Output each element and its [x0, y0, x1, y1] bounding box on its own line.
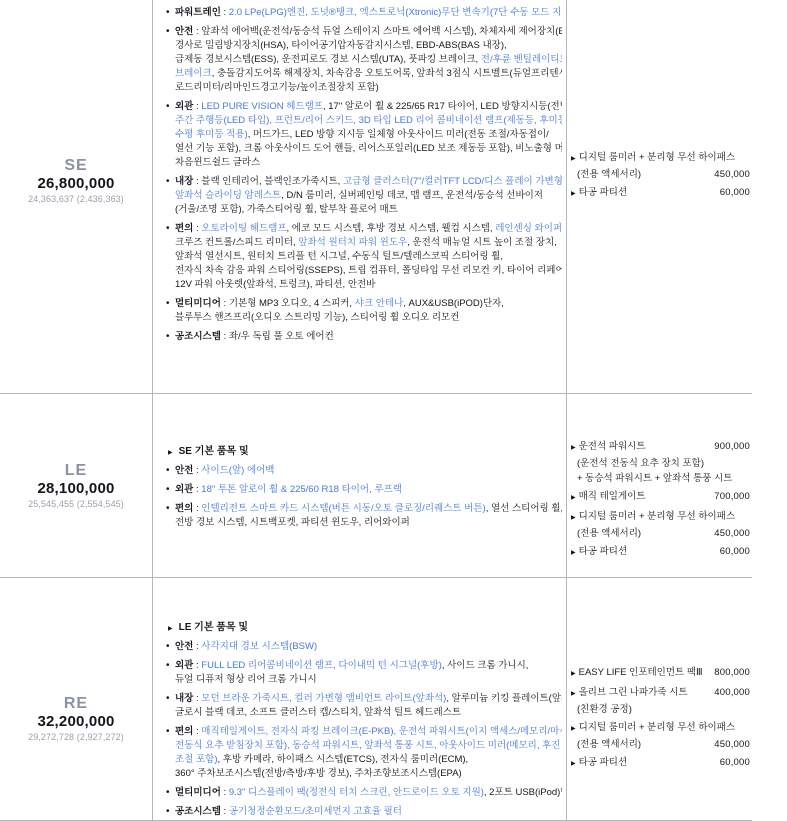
feature-text: LED PURE VISION 헤드램프 — [201, 101, 323, 112]
feature-lines: 편의 : 매직테일게이트, 전자식 파킹 브레이크(E-PKB), 운전석 파워… — [175, 725, 562, 781]
feature-text: 블루투스 핸즈프리(오디오 스트리밍 기능), 스티어링 휠 오디오 리모컨 — [175, 312, 459, 323]
option-name: (전용 액세서리) — [577, 167, 714, 182]
feature-line: 12V 파워 아웃렛(앞좌석, 트렁크), 파티션, 안전바 — [175, 278, 562, 292]
option-price: 60,000 — [720, 544, 750, 559]
features-cell: •파워트레인 : 2.0 LPe(LPG)엔진, 도넛®탱크, 엑스트로닉(Xt… — [153, 0, 567, 393]
feature-line: 경사로 밀림방지장치(HSA), 타이어공기압자동감지시스템, EBD-ABS(… — [175, 39, 562, 53]
feature-lines: 멀티미디어 : 기본형 MP3 오디오, 4 스피커, 샤크 안테나, AUX&… — [175, 297, 562, 325]
option-item: ▶타공 파티션60,000 — [571, 544, 750, 561]
feature-text: 조절 포함) — [175, 754, 218, 765]
trim-cell: LE28,100,00025,545,455 (2,554,545) — [0, 394, 153, 577]
feature-line: 내장 : 블랙 인테리어, 블랙인조가죽시트, 고급형 클러스터(7"/컬러TF… — [175, 175, 562, 189]
feature-item: •안전 : 사각지대 경보 시스템(BSW) — [166, 640, 562, 654]
trim-price: 26,800,000 — [37, 175, 114, 193]
features-cell: ▶SE 기본 품목 및•안전 : 사이드(앞) 에어백•외관 : 18" 투톤 … — [153, 394, 567, 577]
feature-line: 브레이크, 충돌감지도어록 해제장치, 차속감응 오토도어록, 앞좌석 3점식 … — [175, 67, 562, 81]
feature-text: , 17" 알로이 휠 & 225/65 R17 타이어, LED 방향지시등(… — [323, 101, 562, 112]
option-line: ▶올리브 그린 나파가죽 시트400,000 — [571, 685, 750, 702]
option-line: (친환경 공정) — [571, 702, 750, 717]
feature-lines: 외관 : 18" 투톤 알로이 휠 & 225/60 R18 타이어, 루프랙 — [175, 483, 562, 497]
feature-lines: 편의 : 인텔리전트 스마트 카드 시스템(버튼 시동/오토 클로징/리퀘스트 … — [175, 502, 562, 530]
option-line: + 동승석 파워시트 + 앞좌석 통풍 시트 — [571, 471, 750, 486]
feature-line: 외관 : LED PURE VISION 헤드램프, 17" 알로이 휠 & 2… — [175, 100, 562, 114]
option-arrow-icon: ▶ — [571, 491, 576, 506]
feature-text: 좌/우 독립 풀 오토 에어컨 — [229, 331, 334, 342]
feature-line: 주간 주행등(LED 타입), 프런트/리어 스키드, 3D 타입 LED 리어… — [175, 114, 562, 128]
feature-text: 앞좌석 원터치 파워 윈도우 — [298, 237, 407, 248]
feature-text: 사각지대 경보 시스템(BSW) — [201, 641, 317, 652]
options-cell: ▶EASY LIFE 인포테인먼트 팩Ⅲ800,000▶올리브 그린 나파가죽 … — [567, 578, 752, 820]
bullet-icon: • — [166, 659, 175, 687]
bullet-icon: • — [166, 464, 175, 478]
options-cell: ▶디지털 룸미러 + 분리형 무선 하이패스(전용 액세서리)450,000▶타… — [567, 0, 752, 393]
bullet-icon: • — [166, 483, 175, 497]
feature-line: 차음윈드쉴드 글라스 — [175, 156, 562, 170]
bullet-icon: • — [166, 297, 175, 325]
feature-line: 수평 후미등 적용), 머드가드, LED 방향 지시등 일체형 아웃사이드 미… — [175, 128, 562, 142]
option-arrow-icon: ▶ — [571, 687, 576, 702]
trim-row: SE26,800,00024,363,637 (2,436,363)•파워트레인… — [0, 0, 752, 394]
feature-category-label: 편의 — [175, 726, 193, 737]
option-price: 700,000 — [714, 489, 750, 504]
feature-item: •편의 : 오토라이팅 헤드램프, 에코 모드 시스템, 후방 경보 시스템, … — [166, 222, 562, 292]
feature-item: •외관 : 18" 투톤 알로이 휠 & 225/60 R18 타이어, 루프랙 — [166, 483, 562, 497]
feature-text: , 열선 스티어링 휠, — [486, 503, 562, 514]
feature-category-label: 안전 — [175, 26, 193, 37]
feature-line: 크루즈 컨트롤/스피드 리미터, 앞좌석 원터치 파워 윈도우, 운전석 매뉴얼… — [175, 236, 562, 250]
feature-text: 2.0 LPe(LPG)엔진, 도넛®탱크, 엑스트로닉(Xtronic)무단 … — [229, 7, 562, 18]
feature-item: •편의 : 인텔리전트 스마트 카드 시스템(버튼 시동/오토 클로징/리퀘스트… — [166, 502, 562, 530]
feature-colon: : — [221, 7, 229, 18]
option-line: ▶디지털 룸미러 + 분리형 무선 하이패스 — [571, 150, 750, 167]
feature-text: , 2포트 USB(iPod)단자 — [484, 787, 562, 798]
feature-lines: 안전 : 사이드(앞) 에어백 — [175, 464, 562, 478]
feature-line: 전자식 차속 감응 파워 스티어링(SSEPS), 트립 컴퓨터, 폴딩타입 무… — [175, 264, 562, 278]
trim-price-note: 24,363,637 (2,436,363) — [28, 193, 124, 206]
option-item: ▶매직 테일게이트700,000 — [571, 489, 750, 506]
feature-category-label: 공조시스템 — [175, 806, 221, 817]
feature-colon: : — [221, 787, 229, 798]
trim-cell: RE32,200,00029,272,728 (2,927,272) — [0, 578, 153, 820]
option-price: 400,000 — [714, 685, 750, 700]
option-line: ▶디지털 룸미러 + 분리형 무선 하이패스 — [571, 509, 750, 526]
option-price: 450,000 — [714, 167, 750, 182]
bullet-icon: • — [166, 25, 175, 95]
feature-lines: 안전 : 앞좌석 에어백(운전석/동승석 듀얼 스테이지 스마트 에어백 시스템… — [175, 25, 562, 95]
option-line: ▶타공 파티션60,000 — [571, 755, 750, 772]
feature-text: 브레이크 — [175, 68, 212, 79]
option-price: 450,000 — [714, 737, 750, 752]
feature-text: 전방 경보 시스템, 시트백포켓, 파티션 윈도우, 리어와이퍼 — [175, 517, 410, 528]
feature-line: 내장 : 모던 브라운 가죽시트, 컬러 가변형 앰비언트 라이트(앞좌석), … — [175, 692, 562, 706]
feature-line: 듀얼 디퓨저 형상 리어 크롬 가니시 — [175, 673, 562, 687]
trim-row: LE28,100,00025,545,455 (2,554,545)▶SE 기본… — [0, 394, 752, 578]
bullet-icon: • — [166, 100, 175, 170]
feature-text: 로드리미터/리마인드경고기능/높이조절장치 포함) — [175, 82, 379, 93]
feature-category-label: 외관 — [175, 660, 193, 671]
trim-name: LE — [65, 461, 87, 480]
feature-item: •내장 : 모던 브라운 가죽시트, 컬러 가변형 앰비언트 라이트(앞좌석),… — [166, 692, 562, 720]
trim-price-note: 29,272,728 (2,927,272) — [28, 731, 124, 744]
feature-text: 공기청정순환모드/초미세먼지 고효율 필터 — [229, 806, 402, 817]
feature-line: 편의 : 오토라이팅 헤드램프, 에코 모드 시스템, 후방 경보 시스템, 웰… — [175, 222, 562, 236]
option-line: ▶타공 파티션60,000 — [571, 544, 750, 561]
feature-text: 수평 후미등 적용) — [175, 129, 248, 140]
bullet-icon: • — [166, 6, 175, 20]
option-line: (전용 액세서리)450,000 — [571, 526, 750, 541]
feature-text: , 에코 모드 시스템, 후방 경보 시스템, 웰컴 시스템, — [287, 223, 496, 234]
base-items-header-label: SE 기본 품목 및 — [179, 442, 249, 457]
trim-row: RE32,200,00029,272,728 (2,927,272)▶LE 기본… — [0, 578, 752, 821]
feature-text: 급제동 경보시스템(ESS), 운전피로도 경보 시스템(UTA), 풋파킹 브… — [175, 54, 481, 65]
option-arrow-icon: ▶ — [571, 441, 576, 456]
feature-text: 샤크 안테나 — [355, 298, 404, 309]
feature-lines: 멀티미디어 : 9.3" 디스플레이 팩(정전식 터치 스크린, 안드로이드 오… — [175, 786, 562, 800]
price-sheet-page: { "icons": { "bullet": "•", "option_arro… — [0, 0, 787, 821]
feature-text: 듀얼 디퓨저 형상 리어 크롬 가니시 — [175, 674, 317, 685]
feature-lines: 파워트레인 : 2.0 LPe(LPG)엔진, 도넛®탱크, 엑스트로닉(Xtr… — [175, 6, 562, 20]
bullet-icon: • — [166, 725, 175, 781]
option-item: ▶올리브 그린 나파가죽 시트400,000(친환경 공정) — [571, 685, 750, 717]
base-items-header: ▶SE 기본 품목 및 — [168, 442, 562, 457]
option-item: ▶디지털 룸미러 + 분리형 무선 하이패스(전용 액세서리)450,000 — [571, 150, 750, 182]
feature-item: •외관 : FULL LED 리어콤비네이션 램프, 다이내믹 턴 시그널(후방… — [166, 659, 562, 687]
feature-text: 전/후륜 벤틸레이티드 디스크 — [481, 54, 562, 65]
feature-item: •외관 : LED PURE VISION 헤드램프, 17" 알로이 휠 & … — [166, 100, 562, 170]
option-name: (운전석 전동식 요추 장치 포함) — [577, 456, 750, 471]
header-arrow-icon: ▶ — [168, 625, 173, 632]
feature-lines: 안전 : 사각지대 경보 시스템(BSW) — [175, 640, 562, 654]
price-table: SE26,800,00024,363,637 (2,436,363)•파워트레인… — [0, 0, 752, 821]
trim-price-note: 25,545,455 (2,554,545) — [28, 498, 124, 511]
feature-line: 조절 포함), 후방 카메라, 하이패스 시스템(ETCS), 전자식 룸미러(… — [175, 753, 562, 767]
feature-line: 멀티미디어 : 9.3" 디스플레이 팩(정전식 터치 스크린, 안드로이드 오… — [175, 786, 562, 800]
feature-line: 360° 주차보조시스템(전방/측방/후방 경보), 주차조향보조시스템(EPA… — [175, 767, 562, 781]
feature-text: 인텔리전트 스마트 카드 시스템(버튼 시동/오토 클로징/리퀘스트 버튼) — [201, 503, 485, 514]
feature-category-label: 내장 — [175, 176, 193, 187]
option-price: 800,000 — [714, 665, 750, 680]
feature-text: 앞좌석 열선시트, 원터치 트리플 턴 시그널, 수동식 틸트/텔레스코픽 스티… — [175, 251, 503, 262]
feature-text: , 충돌감지도어록 해제장치, 차속감응 오토도어록, 앞좌석 3점식 시트벨트… — [212, 68, 562, 79]
features-cell: ▶LE 기본 품목 및•안전 : 사각지대 경보 시스템(BSW)•외관 : F… — [153, 578, 567, 820]
feature-text: , 후방 카메라, 하이패스 시스템(ETCS), 전자식 룸미러(ECM), — [218, 754, 469, 765]
feature-item: •안전 : 사이드(앞) 에어백 — [166, 464, 562, 478]
option-line: ▶EASY LIFE 인포테인먼트 팩Ⅲ800,000 — [571, 665, 750, 682]
feature-category-label: 외관 — [175, 101, 193, 112]
feature-lines: 내장 : 모던 브라운 가죽시트, 컬러 가변형 앰비언트 라이트(앞좌석), … — [175, 692, 562, 720]
feature-text: 앞좌석 슬라이딩 암레스트 — [175, 190, 281, 201]
bullet-icon: • — [166, 692, 175, 720]
feature-text: 주간 주행등(LED 타입), 프런트/리어 스키드, 3D 타입 LED 리어… — [175, 115, 562, 126]
trim-price: 28,100,000 — [37, 480, 114, 498]
feature-text: 매직테일게이트, 전자식 파킹 브레이크(E-PKB), 운전석 파워시트(이지… — [201, 726, 562, 737]
feature-text: 고급형 클러스터(7"/컬러TFT LCD/디스 플레이 가변형) — [343, 176, 562, 187]
feature-line: 열선 기능 포함), 크롬 아웃사이드 도어 핸들, 리어스포일러(LED 보조… — [175, 142, 562, 156]
option-item: ▶EASY LIFE 인포테인먼트 팩Ⅲ800,000 — [571, 665, 750, 682]
option-arrow-icon: ▶ — [571, 757, 576, 772]
feature-text: 앞좌석 에어백(운전석/동승석 듀얼 스테이지 스마트 에어백 시스템), 차체… — [201, 26, 562, 37]
bullet-icon: • — [166, 330, 175, 344]
feature-text: , 사이드 크롬 가니시, — [442, 660, 529, 671]
feature-category-label: 멀티미디어 — [175, 298, 221, 309]
trim-name: SE — [64, 156, 87, 175]
option-name: 디지털 룸미러 + 분리형 무선 하이패스 — [579, 150, 750, 165]
feature-lines: 공조시스템 : 좌/우 독립 풀 오토 에어컨 — [175, 330, 562, 344]
option-item: ▶운전석 파워시트900,000(운전석 전동식 요추 장치 포함)+ 동승석 … — [571, 439, 750, 486]
option-line: (운전석 전동식 요추 장치 포함) — [571, 456, 750, 471]
option-arrow-icon: ▶ — [571, 511, 576, 526]
option-name: (전용 액세서리) — [577, 737, 714, 752]
option-item: ▶타공 파티션60,000 — [571, 185, 750, 202]
feature-category-label: 파워트레인 — [175, 7, 221, 18]
feature-text: 차음윈드쉴드 글라스 — [175, 157, 260, 168]
feature-category-label: 공조시스템 — [175, 331, 221, 342]
option-name: EASY LIFE 인포테인먼트 팩Ⅲ — [579, 665, 715, 680]
feature-line: 공조시스템 : 좌/우 독립 풀 오토 에어컨 — [175, 330, 562, 344]
base-items-header-label: LE 기본 품목 및 — [179, 618, 248, 633]
option-name: 운전석 파워시트 — [579, 439, 715, 454]
option-arrow-icon: ▶ — [571, 546, 576, 561]
option-line: (전용 액세서리)450,000 — [571, 167, 750, 182]
feature-text: 360° 주차보조시스템(전방/측방/후방 경보), 주차조향보조시스템(EPA… — [175, 768, 462, 779]
bullet-icon: • — [166, 175, 175, 217]
feature-line: 편의 : 매직테일게이트, 전자식 파킹 브레이크(E-PKB), 운전석 파워… — [175, 725, 562, 739]
feature-line: 외관 : FULL LED 리어콤비네이션 램프, 다이내믹 턴 시그널(후방)… — [175, 659, 562, 673]
feature-text: FULL LED 리어콤비네이션 램프, 다이내믹 턴 시그널(후방) — [201, 660, 442, 671]
feature-item: •안전 : 앞좌석 에어백(운전석/동승석 듀얼 스테이지 스마트 에어백 시스… — [166, 25, 562, 95]
feature-colon: : — [221, 806, 229, 817]
feature-lines: 외관 : LED PURE VISION 헤드램프, 17" 알로이 휠 & 2… — [175, 100, 562, 170]
feature-line: 앞좌석 열선시트, 원터치 트리플 턴 시그널, 수동식 틸트/텔레스코픽 스티… — [175, 250, 562, 264]
option-arrow-icon: ▶ — [571, 187, 576, 202]
feature-text: 전동식 요추 받침장치 포함), 동승석 파워시트, 앞좌석 통풍 시트, 아웃… — [175, 740, 562, 751]
trim-name: RE — [64, 694, 88, 713]
feature-text: 블랙 인테리어, 블랙인조가죽시트, — [201, 176, 343, 187]
feature-category-label: 멀티미디어 — [175, 787, 221, 798]
feature-line: 급제동 경보시스템(ESS), 운전피로도 경보 시스템(UTA), 풋파킹 브… — [175, 53, 562, 67]
trim-price: 32,200,000 — [37, 713, 114, 731]
trim-cell: SE26,800,00024,363,637 (2,436,363) — [0, 0, 153, 393]
feature-text: 18" 투톤 알로이 휠 & 225/60 R18 타이어, 루프랙 — [201, 484, 402, 495]
feature-item: •멀티미디어 : 기본형 MP3 오디오, 4 스피커, 샤크 안테나, AUX… — [166, 297, 562, 325]
feature-item: •멀티미디어 : 9.3" 디스플레이 팩(정전식 터치 스크린, 안드로이드 … — [166, 786, 562, 800]
base-items-header: ▶LE 기본 품목 및 — [168, 618, 562, 633]
option-line: ▶타공 파티션60,000 — [571, 185, 750, 202]
feature-category-label: 편의 — [175, 503, 193, 514]
option-price: 450,000 — [714, 526, 750, 541]
feature-text: 기본형 MP3 오디오, 4 스피커, — [229, 298, 355, 309]
option-name: 타공 파티션 — [579, 544, 720, 559]
option-name: 디지털 룸미러 + 분리형 무선 하이패스 — [579, 509, 750, 524]
feature-text: , D/N 룸미러, 실버페인팅 데코, 맵 램프, 운전석/동승석 선바이저 — [281, 190, 543, 201]
option-item: ▶디지털 룸미러 + 분리형 무선 하이패스(전용 액세서리)450,000 — [571, 509, 750, 541]
option-item: ▶타공 파티션60,000 — [571, 755, 750, 772]
options-cell: ▶운전석 파워시트900,000(운전석 전동식 요추 장치 포함)+ 동승석 … — [567, 394, 752, 577]
feature-lines: 편의 : 오토라이팅 헤드램프, 에코 모드 시스템, 후방 경보 시스템, 웰… — [175, 222, 562, 292]
feature-text: 12V 파워 아웃렛(앞좌석, 트렁크), 파티션, 안전바 — [175, 279, 375, 290]
feature-text: 오토라이팅 헤드램프 — [201, 223, 286, 234]
bullet-icon: • — [166, 786, 175, 800]
option-name: (친환경 공정) — [577, 702, 750, 717]
bullet-icon: • — [166, 502, 175, 530]
feature-lines: 공조시스템 : 공기청정순환모드/초미세먼지 고효율 필터 — [175, 805, 562, 819]
feature-line: 블루투스 핸즈프리(오디오 스트리밍 기능), 스티어링 휠 오디오 리모컨 — [175, 311, 562, 325]
feature-lines: 내장 : 블랙 인테리어, 블랙인조가죽시트, 고급형 클러스터(7"/컬러TF… — [175, 175, 562, 217]
feature-item: •내장 : 블랙 인테리어, 블랙인조가죽시트, 고급형 클러스터(7"/컬러T… — [166, 175, 562, 217]
feature-text: , 알루미늄 키킹 플레이트(앞좌석), — [446, 693, 562, 704]
option-arrow-icon: ▶ — [571, 722, 576, 737]
feature-text: (거울/조명 포함), 가죽스티어링 휠, 탈부착 플로어 매트 — [175, 204, 398, 215]
feature-category-label: 내장 — [175, 693, 193, 704]
feature-line: 파워트레인 : 2.0 LPe(LPG)엔진, 도넛®탱크, 엑스트로닉(Xtr… — [175, 6, 562, 20]
option-name: 매직 테일게이트 — [579, 489, 715, 504]
feature-text: 크루즈 컨트롤/스피드 리미터, — [175, 237, 298, 248]
feature-text: 글로시 블랙 데코, 소프트 클러스터 캡/스티치, 앞좌석 틸트 헤드레스트 — [175, 707, 461, 718]
feature-line: (거울/조명 포함), 가죽스티어링 휠, 탈부착 플로어 매트 — [175, 203, 562, 217]
feature-category-label: 편의 — [175, 223, 193, 234]
feature-line: 편의 : 인텔리전트 스마트 카드 시스템(버튼 시동/오토 클로징/리퀘스트 … — [175, 502, 562, 516]
option-name: 타공 파티션 — [579, 755, 720, 770]
bullet-icon: • — [166, 222, 175, 292]
feature-item: •파워트레인 : 2.0 LPe(LPG)엔진, 도넛®탱크, 엑스트로닉(Xt… — [166, 6, 562, 20]
feature-text: 사이드(앞) 에어백 — [201, 465, 274, 476]
option-name: 타공 파티션 — [579, 185, 720, 200]
option-line: ▶운전석 파워시트900,000 — [571, 439, 750, 456]
feature-line: 로드리미터/리마인드경고기능/높이조절장치 포함) — [175, 81, 562, 95]
feature-category-label: 안전 — [175, 641, 193, 652]
option-arrow-icon: ▶ — [571, 152, 576, 167]
option-price: 60,000 — [720, 755, 750, 770]
feature-item: •공조시스템 : 공기청정순환모드/초미세먼지 고효율 필터 — [166, 805, 562, 819]
option-item: ▶디지털 룸미러 + 분리형 무선 하이패스(전용 액세서리)450,000 — [571, 720, 750, 752]
feature-text: 열선 기능 포함), 크롬 아웃사이드 도어 핸들, 리어스포일러(LED 보조… — [175, 143, 562, 154]
option-name: 올리브 그린 나파가죽 시트 — [579, 685, 715, 700]
feature-lines: 외관 : FULL LED 리어콤비네이션 램프, 다이내믹 턴 시그널(후방)… — [175, 659, 562, 687]
option-price: 900,000 — [714, 439, 750, 454]
option-line: (전용 액세서리)450,000 — [571, 737, 750, 752]
feature-line: 멀티미디어 : 기본형 MP3 오디오, 4 스피커, 샤크 안테나, AUX&… — [175, 297, 562, 311]
feature-text: 전자식 차속 감응 파워 스티어링(SSEPS), 트립 컴퓨터, 폴딩타입 무… — [175, 265, 562, 276]
feature-category-label: 외관 — [175, 484, 193, 495]
feature-line: 앞좌석 슬라이딩 암레스트, D/N 룸미러, 실버페인팅 데코, 맵 램프, … — [175, 189, 562, 203]
feature-text: , 운전석 매뉴얼 시트 높이 조절 장치, — [407, 237, 557, 248]
feature-item: •편의 : 매직테일게이트, 전자식 파킹 브레이크(E-PKB), 운전석 파… — [166, 725, 562, 781]
feature-text: , AUX&USB(iPOD)단자, — [403, 298, 504, 309]
bullet-icon: • — [166, 640, 175, 654]
feature-colon: : — [221, 331, 229, 342]
option-arrow-icon: ▶ — [571, 667, 576, 682]
feature-line: 글로시 블랙 데코, 소프트 클러스터 캡/스티치, 앞좌석 틸트 헤드레스트 — [175, 706, 562, 720]
option-line: ▶디지털 룸미러 + 분리형 무선 하이패스 — [571, 720, 750, 737]
option-name: 디지털 룸미러 + 분리형 무선 하이패스 — [579, 720, 750, 735]
feature-item: •공조시스템 : 좌/우 독립 풀 오토 에어컨 — [166, 330, 562, 344]
feature-line: 안전 : 앞좌석 에어백(운전석/동승석 듀얼 스테이지 스마트 에어백 시스템… — [175, 25, 562, 39]
feature-text: 모던 브라운 가죽시트, 컬러 가변형 앰비언트 라이트(앞좌석) — [201, 693, 446, 704]
feature-text: 9.3" 디스플레이 팩(정전식 터치 스크린, 안드로이드 오토 지원) — [229, 787, 484, 798]
feature-line: 전동식 요추 받침장치 포함), 동승석 파워시트, 앞좌석 통풍 시트, 아웃… — [175, 739, 562, 753]
feature-category-label: 안전 — [175, 465, 193, 476]
bullet-icon: • — [166, 805, 175, 819]
header-arrow-icon: ▶ — [168, 449, 173, 456]
feature-text: , 머드가드, LED 방향 지시등 일체형 아웃사이드 미러(전동 조절/자동… — [248, 129, 549, 140]
option-name: + 동승석 파워시트 + 앞좌석 통풍 시트 — [577, 471, 750, 486]
option-name: (전용 액세서리) — [577, 526, 714, 541]
feature-line: 안전 : 사이드(앞) 에어백 — [175, 464, 562, 478]
feature-text: 레인센싱 와이퍼 — [495, 223, 562, 234]
feature-line: 전방 경보 시스템, 시트백포켓, 파티션 윈도우, 리어와이퍼 — [175, 516, 562, 530]
option-line: ▶매직 테일게이트700,000 — [571, 489, 750, 506]
option-price: 60,000 — [720, 185, 750, 200]
feature-text: 경사로 밀림방지장치(HSA), 타이어공기압자동감지시스템, EBD-ABS(… — [175, 40, 507, 51]
feature-line: 안전 : 사각지대 경보 시스템(BSW) — [175, 640, 562, 654]
feature-colon: : — [221, 298, 229, 309]
feature-line: 외관 : 18" 투톤 알로이 휠 & 225/60 R18 타이어, 루프랙 — [175, 483, 562, 497]
feature-line: 공조시스템 : 공기청정순환모드/초미세먼지 고효율 필터 — [175, 805, 562, 819]
